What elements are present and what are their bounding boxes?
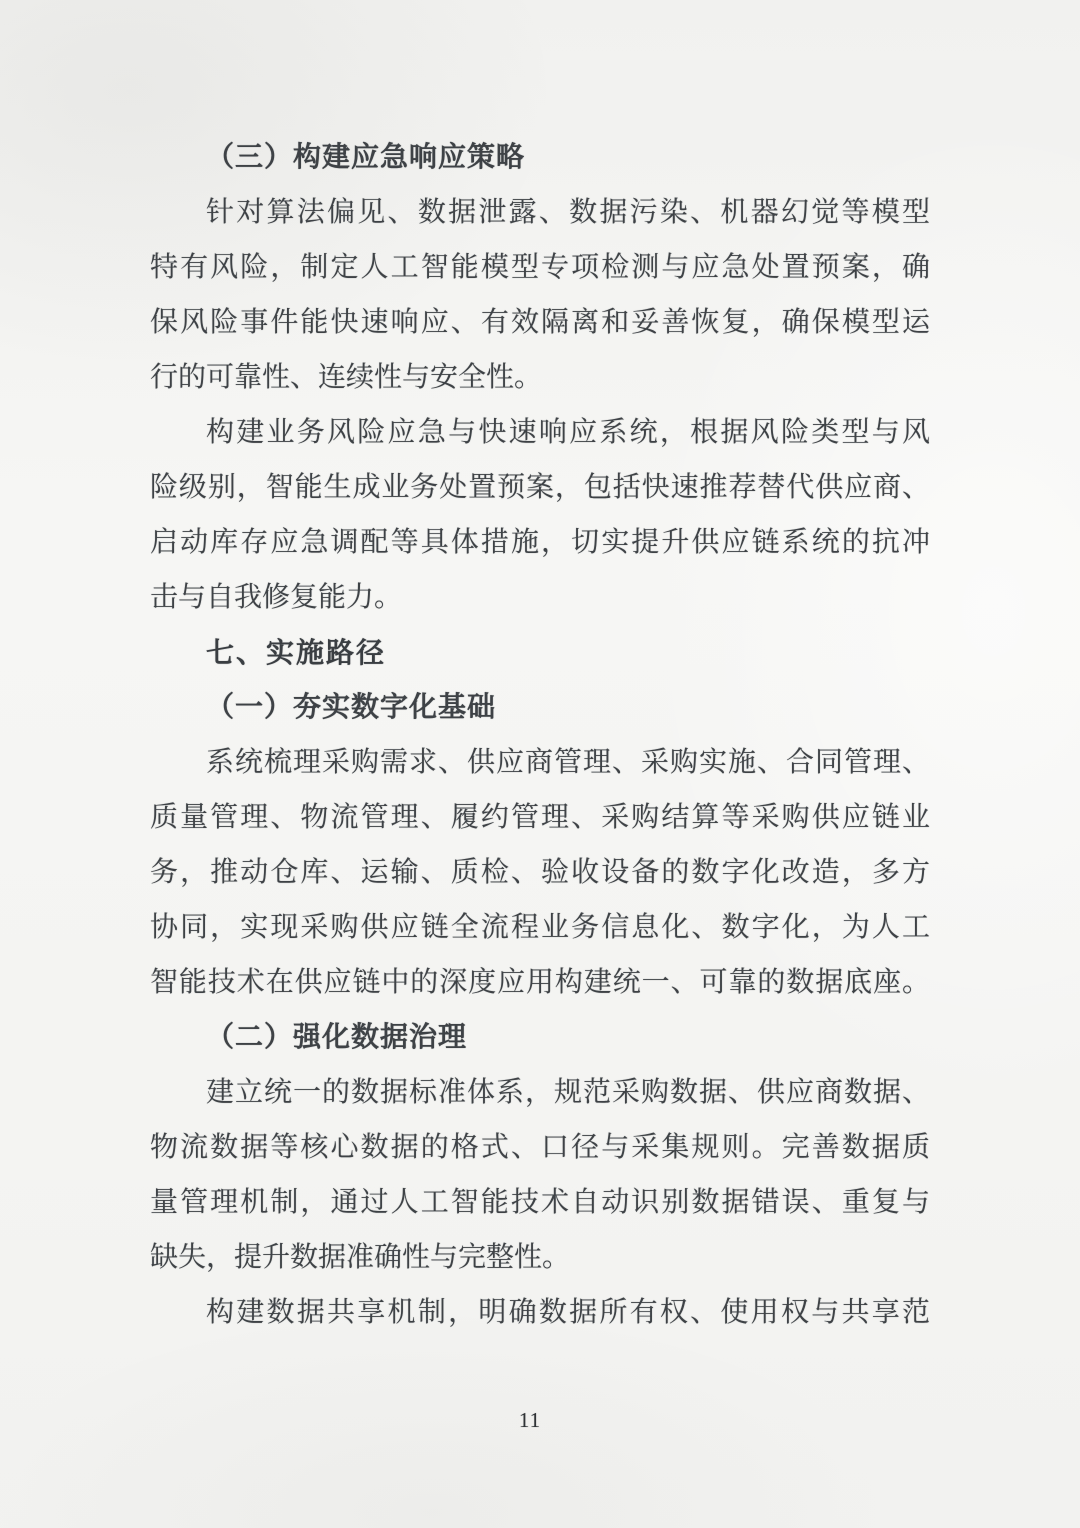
paragraph-line: 险级别，智能生成业务处置预案，包括快速推荐替代供应商、 [150,460,930,515]
paragraph-line: 物流数据等核心数据的格式、口径与采集规则。完善数据质 [150,1120,930,1175]
paragraph-line: 协同，实现采购供应链全流程业务信息化、数字化，为人工 [150,900,930,955]
paragraph-line: 行的可靠性、连续性与安全性。 [150,350,930,405]
paragraph-line: 击与自我修复能力。 [150,570,930,625]
paragraph-line: 构建业务风险应急与快速响应系统，根据风险类型与风 [150,405,930,460]
paragraph-line: 务，推动仓库、运输、质检、验收设备的数字化改造，多方 [150,845,930,900]
paragraph-line: 量管理机制，通过人工智能技术自动识别数据错误、重复与 [150,1175,930,1230]
paragraph-line: 缺失，提升数据准确性与完整性。 [150,1230,930,1285]
paragraph-line: 智能技术在供应链中的深度应用构建统一、可靠的数据底座。 [150,955,930,1010]
section-heading-3: （三）构建应急响应策略 [150,130,930,185]
paragraph-line: 特有风险，制定人工智能模型专项检测与应急处置预案，确 [150,240,930,295]
paragraph-line: 启动库存应急调配等具体措施，切实提升供应链系统的抗冲 [150,515,930,570]
paragraph-line: 系统梳理采购需求、供应商管理、采购实施、合同管理、 [150,735,930,790]
document-text-block: （三）构建应急响应策略 针对算法偏见、数据泄露、数据污染、机器幻觉等模型 特有风… [150,130,930,1340]
scanned-document-page: （三）构建应急响应策略 针对算法偏见、数据泄露、数据污染、机器幻觉等模型 特有风… [0,0,1080,1528]
chapter-heading-7: 七、实施路径 [150,625,930,680]
paragraph-line: 构建数据共享机制，明确数据所有权、使用权与共享范 [150,1285,930,1340]
paragraph-line: 保风险事件能快速响应、有效隔离和妥善恢复，确保模型运 [150,295,930,350]
paragraph-line: 质量管理、物流管理、履约管理、采购结算等采购供应链业 [150,790,930,845]
section-heading-7-1: （一）夯实数字化基础 [150,680,930,735]
paragraph-line: 建立统一的数据标准体系，规范采购数据、供应商数据、 [150,1065,930,1120]
paragraph-line: 针对算法偏见、数据泄露、数据污染、机器幻觉等模型 [150,185,930,240]
section-heading-7-2: （二）强化数据治理 [150,1010,930,1065]
page-number: 11 [0,1408,1060,1433]
